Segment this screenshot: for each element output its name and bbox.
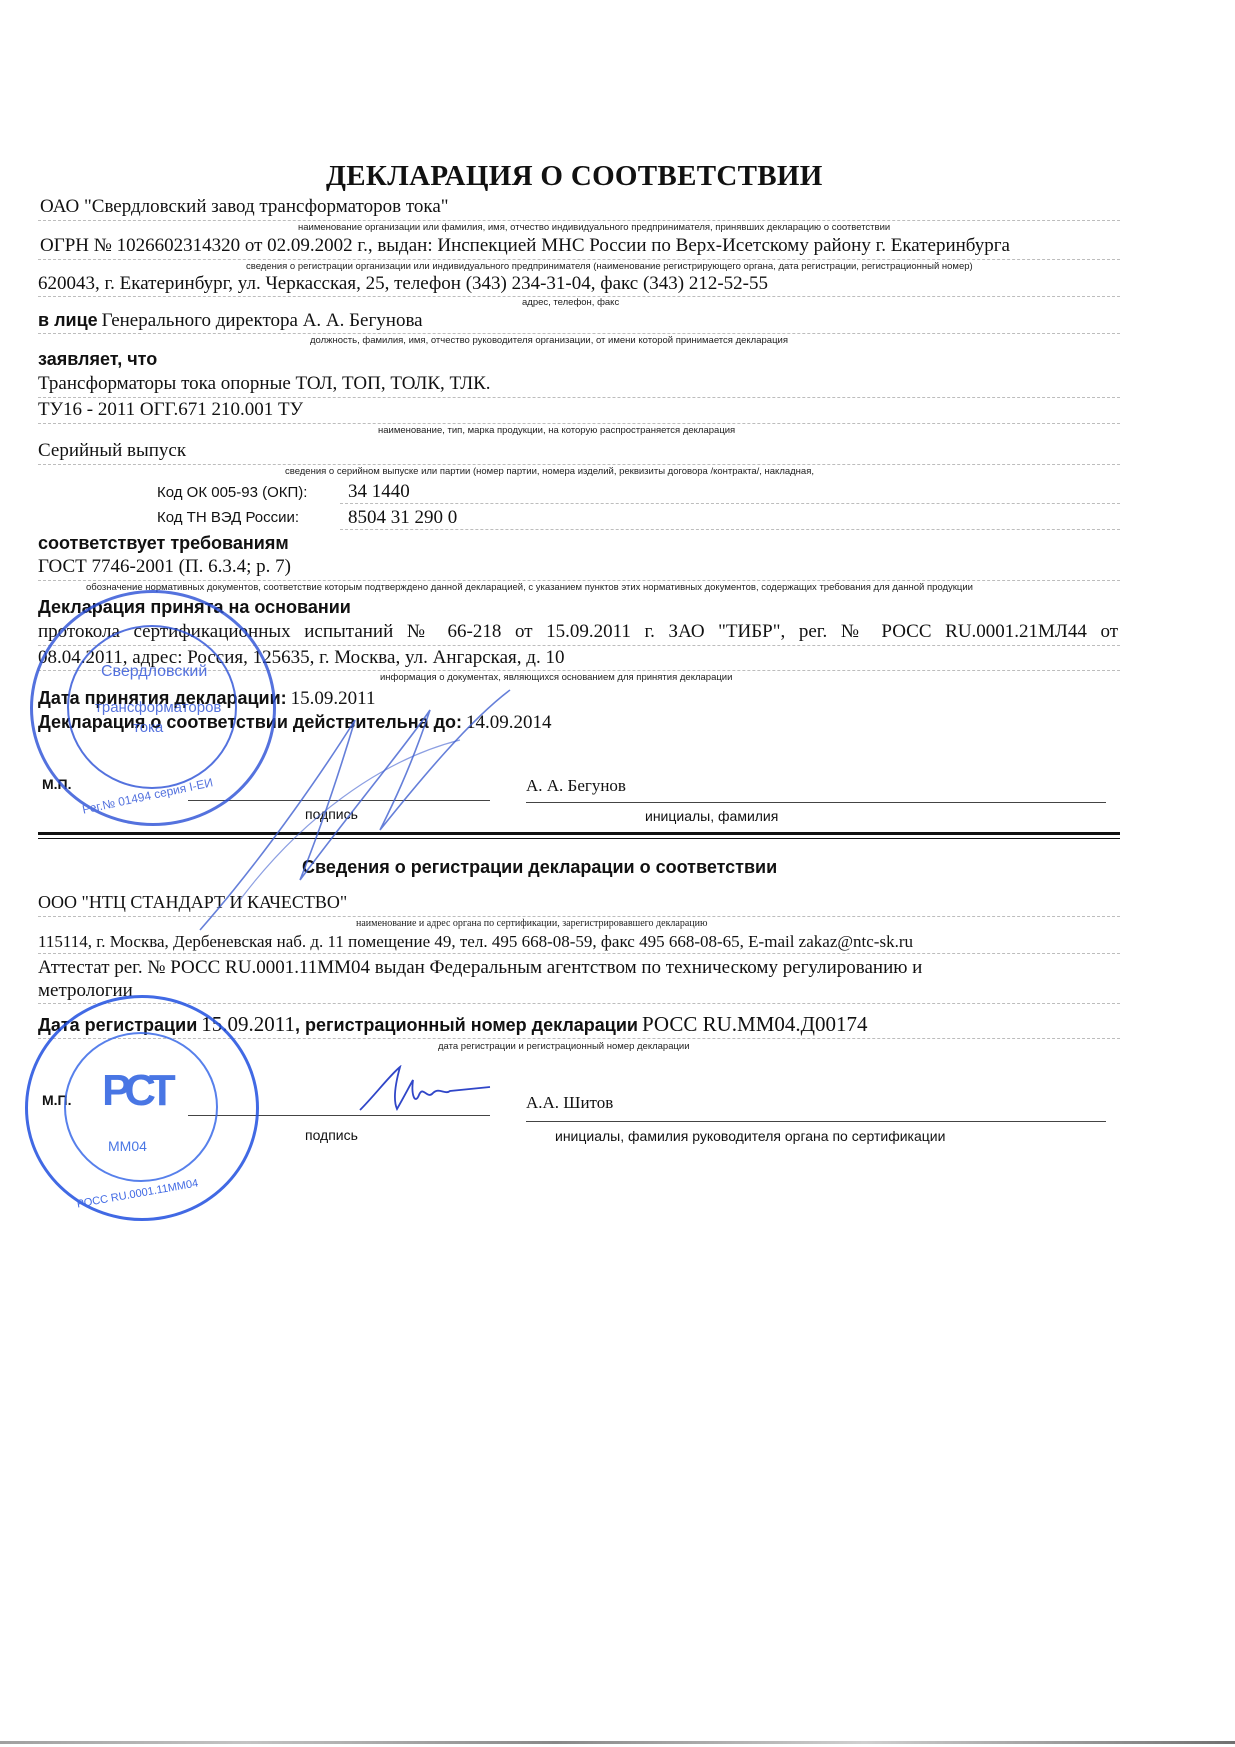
batch-value: Серийный выпуск [38,440,186,462]
seal-code: ММ04 [108,1138,147,1154]
code-okp-value: 34 1440 [348,481,410,503]
field-line [38,1003,1120,1004]
field-line [38,397,1120,398]
field-line [38,464,1120,465]
applicant-name-hint: наименование организации или фамилия, им… [298,222,890,233]
representative-row: в лице Генерального директора А. А. Бегу… [38,310,423,332]
field-line [340,529,1120,530]
name-hint-2: инициалы, фамилия руководителя органа по… [555,1128,945,1144]
conforms-value: ГОСТ 7746-2001 (П. 6.3.4; р. 7) [38,556,291,578]
seal-center-line4: тока [133,719,163,736]
applicant-address-hint: адрес, телефон, факс [522,297,619,308]
registration-hint: дата регистрации и регистрационный номер… [438,1041,690,1052]
applicant-registration: ОГРН № 1026602314320 от 02.09.2002 г., в… [40,235,1010,257]
batch-hint: сведения о серийном выпуске или партии (… [285,466,814,477]
document-title: ДЕКЛАРАЦИЯ О СООТВЕТСТВИИ [326,160,823,193]
field-line [38,953,1120,954]
code-okp-label: Код ОК 005-93 (ОКП): [157,484,307,501]
code-tnved-value: 8504 31 290 0 [348,507,457,529]
applicant-name: ОАО "Свердловский завод трансформаторов … [40,196,449,218]
seal-center-line1: Свердловский [101,663,207,681]
field-line [38,333,1120,334]
signature-2-icon [355,1065,495,1115]
scan-edge [0,1741,1235,1744]
attestat-line-1: Аттестат рег. № РОСС RU.0001.11ММ04 выда… [38,957,922,979]
applicant-address: 620043, г. Екатеринбург, ул. Черкасская,… [38,273,768,295]
applicant-registration-hint: сведения о регистрации организации или и… [246,261,973,272]
product-line-2: ТУ16 - 2011 ОГГ.671 210.001 ТУ [38,399,303,421]
certification-seal-icon: РСТ ММ04 РОСС RU.0001.11ММ04 [25,995,259,1221]
signature-hint-2: подпись [305,1127,358,1143]
field-line [38,580,1120,581]
signer-name-2: А.А. Шитов [526,1093,613,1113]
name-hint-1: инициалы, фамилия [645,808,778,824]
signature-1-icon [180,680,540,940]
declaration-page: ДЕКЛАРАЦИЯ О СООТВЕТСТВИИ ОАО "Свердловс… [0,0,1235,1747]
code-tnved-label: Код ТН ВЭД России: [157,509,299,526]
signer-name-1: А. А. Бегунов [526,776,626,796]
product-line-1: Трансформаторы тока опорные ТОЛ, ТОП, ТО… [38,373,491,395]
name-line [526,802,1106,803]
pct-logo-icon: РСТ [102,1066,170,1116]
representative-label: в лице [38,310,98,330]
representative-hint: должность, фамилия, имя, отчество руково… [310,335,788,346]
field-line [38,423,1120,424]
conforms-label: соответствует требованиям [38,533,289,554]
representative-value: Генерального директора А. А. Бегунова [102,310,423,331]
field-line [38,220,1120,221]
field-line [38,259,1120,260]
seal2-bottom-text: РОСС RU.0001.11ММ04 [76,1177,199,1210]
conforms-hint: обозначение нормативных документов, соот… [86,582,973,593]
name-line [526,1121,1106,1122]
registration-number-value: РОСС RU.ММ04.Д00174 [642,1012,867,1036]
field-line [340,503,1120,504]
product-hint: наименование, тип, марка продукции, на к… [378,425,735,436]
registration-number-label: , регистрационный номер декларации [295,1015,638,1035]
declares-label: заявляет, что [38,349,157,370]
